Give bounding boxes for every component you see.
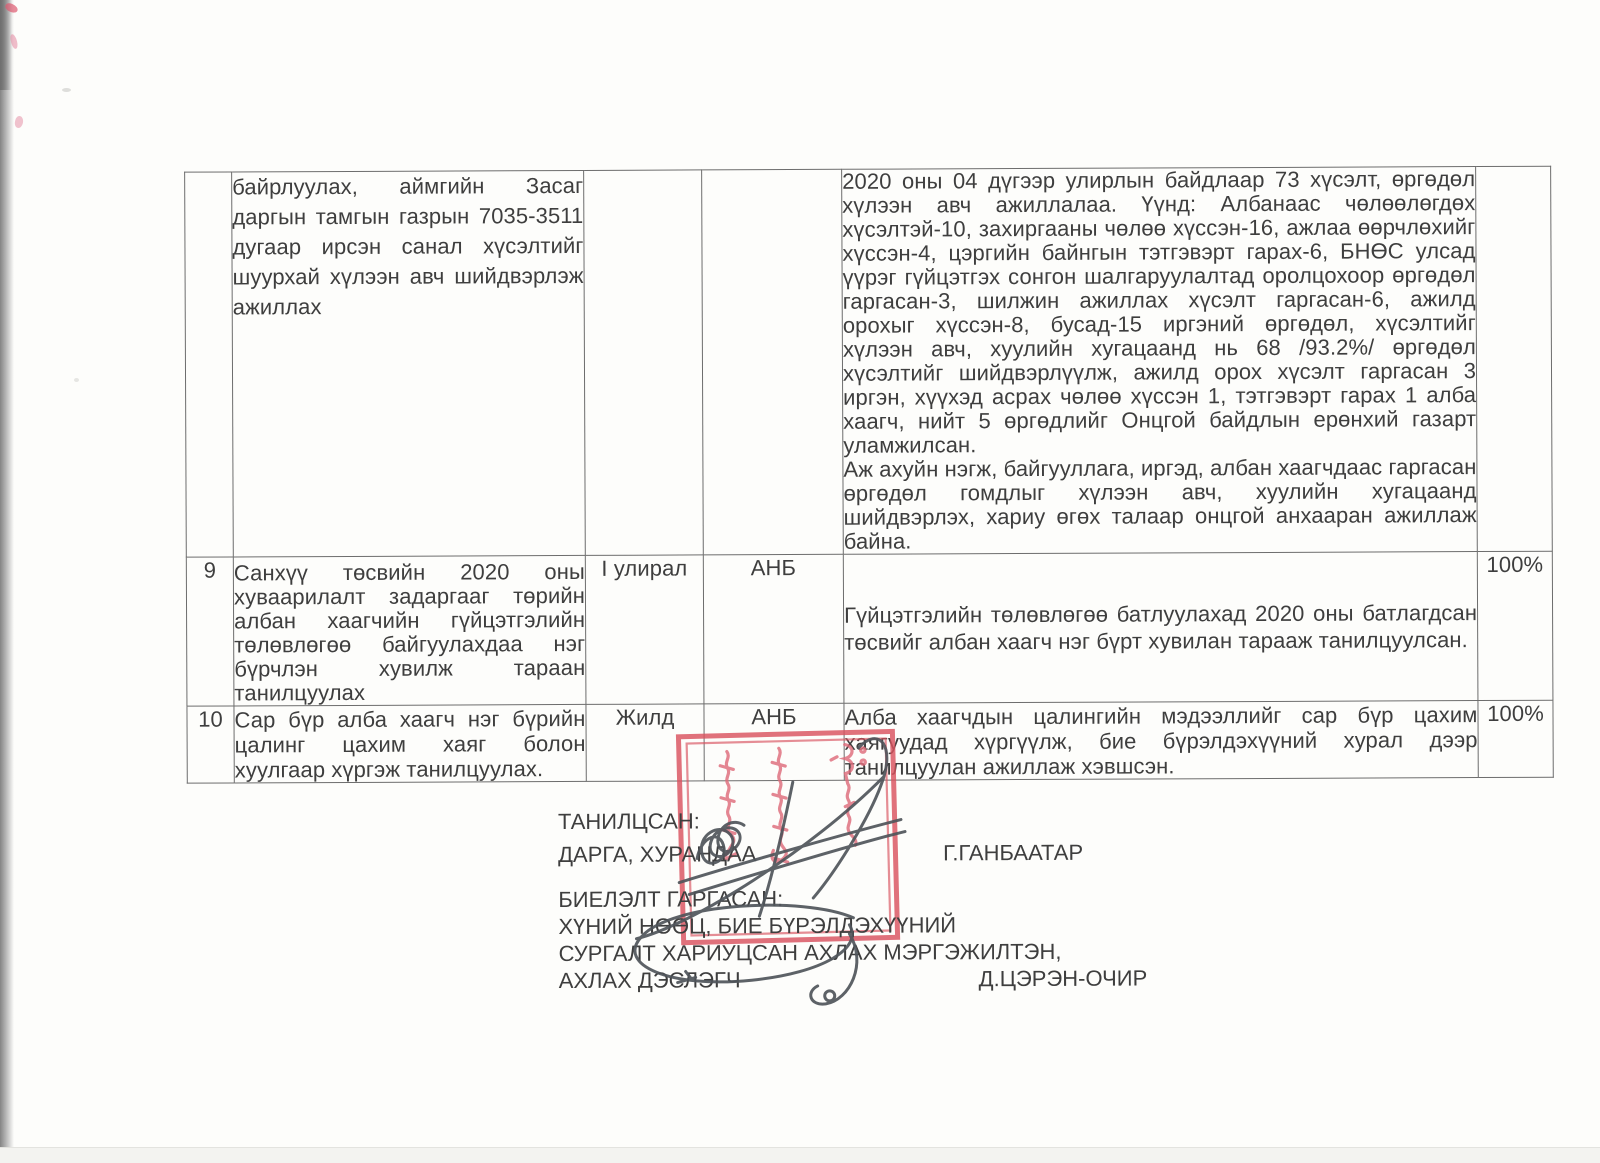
result-cell: Гүйцэтгэлийн төлөвлөгөө батлуулахад 2020… [843,552,1478,704]
percent-cell: 100% [1478,700,1553,777]
task-cell: Санхүү төсвийн 2020 оны хуваарилалт зада… [233,555,586,706]
percent-cell [1476,166,1553,551]
result-paragraph: 2020 оны 04 дүгээр улирлын байдлаар 73 х… [842,167,1476,458]
org-cell [702,169,844,555]
org-cell: АНБ [703,554,844,704]
period-cell: I улирал [585,555,704,705]
result-cell: 2020 оны 04 дүгээр улирлын байдлаар 73 х… [842,167,1478,555]
signoff-block: ТАНИЛЦСАН: ДАРГА, ХУРАНДАА Г.ГАНБААТАР Б… [0,0,1597,3]
row-number-cell: 10 [187,706,234,783]
row-number-cell: 9 [186,557,234,706]
percent-cell: 100% [1477,551,1553,700]
row-number-cell [185,172,234,557]
table-row-9: 9 Санхүү төсвийн 2020 оны хуваарилалт за… [186,551,1553,706]
signature-ganbaatar [636,738,906,938]
document-page: байрлуулах, аймгийн Засаг даргын тамгын … [0,0,1600,1163]
task-cell: байрлуулах, аймгийн Засаг даргын тамгын … [232,170,586,557]
period-cell [584,170,704,556]
signature-tseren-ochir [635,905,857,1005]
result-paragraph: Аж ахуйн нэгж, байгууллага, иргэд, албан… [843,455,1476,554]
table-row-continuation: байрлуулах, аймгийн Засаг даргын тамгын … [185,166,1553,557]
results-table: байрлуулах, аймгийн Засаг даргын тамгын … [184,166,1554,784]
prepared-name: Д.ЦЭРЭН-ОЧИР [979,965,1148,992]
handwritten-signatures [531,719,992,1031]
